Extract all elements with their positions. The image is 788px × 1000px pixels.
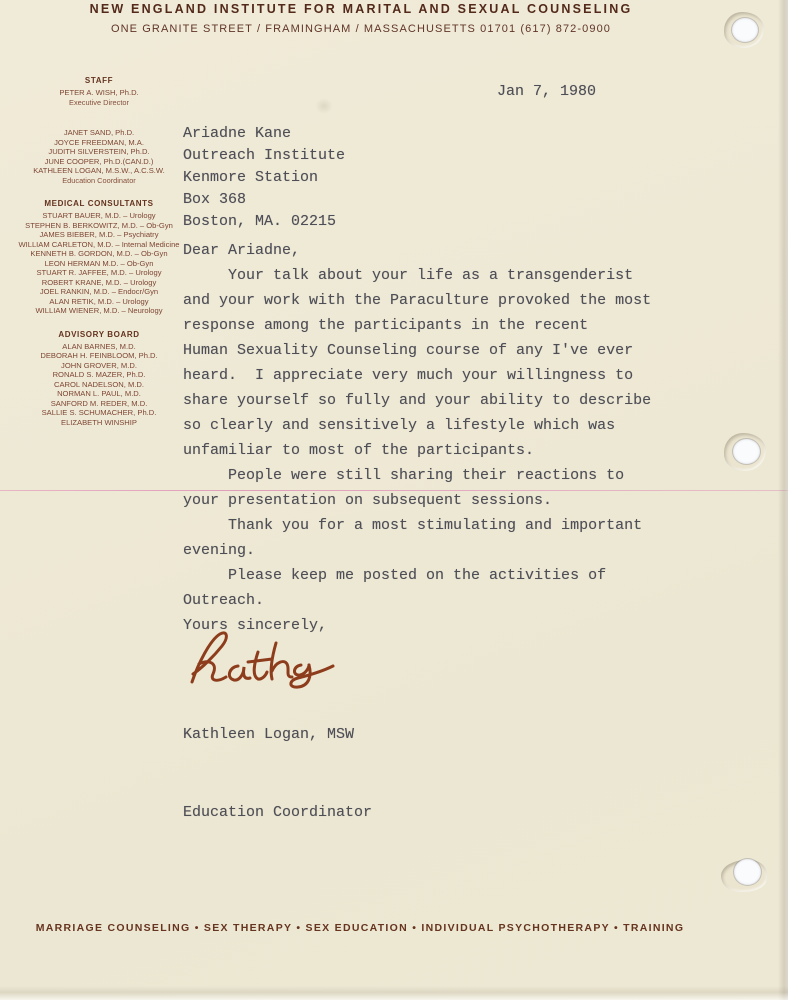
scanned-letter-page: NEW ENGLAND INSTITUTE FOR MARITAL AND SE… [0, 0, 788, 1000]
staff-director-role: Executive Director [8, 98, 190, 108]
page-bottom-edge-shadow [0, 986, 788, 1000]
medical-consultant: KENNETH B. GORDON, M.D. – Ob-Gyn [8, 249, 190, 259]
staff-section-title: STAFF [8, 76, 190, 85]
advisory-board-member: ELIZABETH WINSHIP [8, 418, 190, 428]
letter-body: Dear Ariadne, Your talk about your life … [183, 238, 651, 638]
advisory-board-title: ADVISORY BOARD [8, 330, 190, 339]
recipient-address-line: Box 368 [183, 189, 345, 211]
staff-director-name: PETER A. WISH, Ph.D. [8, 88, 190, 98]
letter-date: Jan 7, 1980 [497, 83, 596, 100]
letter-body-line: and your work with the Paraculture provo… [183, 288, 651, 313]
scan-smudge [315, 98, 333, 114]
recipient-address-line: Boston, MA. 02215 [183, 211, 345, 233]
organization-name: NEW ENGLAND INSTITUTE FOR MARITAL AND SE… [0, 2, 722, 16]
sidebar-staff-listings: STAFF PETER A. WISH, Ph.D. Executive Dir… [8, 76, 190, 427]
medical-consultant: WILLIAM WIENER, M.D. – Neurology [8, 306, 190, 316]
advisory-board-member: JOHN GROVER, M.D. [8, 361, 190, 371]
staff-member: JOYCE FREEDMAN, M.A. [8, 138, 190, 148]
letter-body-line: Please keep me posted on the activities … [183, 563, 651, 588]
staff-member: JUDITH SILVERSTEIN, Ph.D. [8, 147, 190, 157]
advisory-board-member: SALLIE S. SCHUMACHER, Ph.D. [8, 408, 190, 418]
medical-consultant-list: STUART BAUER, M.D. – UrologySTEPHEN B. B… [8, 211, 190, 316]
recipient-address-line: Ariadne Kane [183, 123, 345, 145]
staff-member: JANET SAND, Ph.D. [8, 128, 190, 138]
advisory-board-member: SANFORD M. REDER, M.D. [8, 399, 190, 409]
medical-consultants-title: MEDICAL CONSULTANTS [8, 199, 190, 208]
letter-body-line: heard. I appreciate very much your willi… [183, 363, 651, 388]
staff-member-list: JANET SAND, Ph.D.JOYCE FREEDMAN, M.A.JUD… [8, 128, 190, 176]
letter-body-line: your presentation on subsequent sessions… [183, 488, 651, 513]
letter-body-line: unfamiliar to most of the participants. [183, 438, 651, 463]
medical-consultant: ROBERT KRANE, M.D. – Urology [8, 278, 190, 288]
staff-member: KATHLEEN LOGAN, M.S.W., A.C.S.W. [8, 166, 190, 176]
medical-consultant: WILLIAM CARLETON, M.D. – Internal Medici… [8, 240, 190, 250]
signer-title: Education Coordinator [183, 800, 372, 826]
letterhead: NEW ENGLAND INSTITUTE FOR MARITAL AND SE… [0, 2, 722, 35]
recipient-address-block: Ariadne KaneOutreach InstituteKenmore St… [183, 123, 345, 233]
letter-body-line: evening. [183, 538, 651, 563]
advisory-board-member: ALAN BARNES, M.D. [8, 342, 190, 352]
advisory-board-member: CAROL NADELSON, M.D. [8, 380, 190, 390]
staff-member: JUNE COOPER, Ph.D.(CAN.D.) [8, 157, 190, 167]
letter-body-line: share yourself so fully and your ability… [183, 388, 651, 413]
medical-consultant: STUART R. JAFFEE, M.D. – Urology [8, 268, 190, 278]
medical-consultant: LEON HERMAN M.D. – Ob-Gyn [8, 259, 190, 269]
page-right-edge-shadow [778, 0, 788, 1000]
advisory-board-member: DEBORAH H. FEINBLOOM, Ph.D. [8, 351, 190, 361]
letter-body-line: People were still sharing their reaction… [183, 463, 651, 488]
medical-consultant: JAMES BIEBER, M.D. – Psychiatry [8, 230, 190, 240]
staff-coordinator-role: Education Coordinator [8, 176, 190, 186]
advisory-board-list: ALAN BARNES, M.D.DEBORAH H. FEINBLOOM, P… [8, 342, 190, 428]
letter-body-line: Dear Ariadne, [183, 238, 651, 263]
letter-body-line: Outreach. [183, 588, 651, 613]
recipient-address-line: Outreach Institute [183, 145, 345, 167]
letter-body-line: Your talk about your life as a transgend… [183, 263, 651, 288]
signature-block: Kathleen Logan, MSW Education Coordinato… [183, 670, 372, 878]
letter-body-line: so clearly and sensitively a lifestyle w… [183, 413, 651, 438]
letter-body-line: Thank you for a most stimulating and imp… [183, 513, 651, 538]
advisory-board-member: RONALD S. MAZER, Ph.D. [8, 370, 190, 380]
footer-services: MARRIAGE COUNSELING • SEX THERAPY • SEX … [0, 922, 720, 934]
medical-consultant: JOEL RANKIN, M.D. – Endocr/Gyn [8, 287, 190, 297]
medical-consultant: ALAN RETIK, M.D. – Urology [8, 297, 190, 307]
letter-body-line: response among the participants in the r… [183, 313, 651, 338]
advisory-board-member: NORMAN L. PAUL, M.D. [8, 389, 190, 399]
recipient-address-line: Kenmore Station [183, 167, 345, 189]
organization-address: ONE GRANITE STREET / FRAMINGHAM / MASSAC… [0, 23, 722, 35]
signer-name: Kathleen Logan, MSW [183, 722, 372, 748]
medical-consultant: STUART BAUER, M.D. – Urology [8, 211, 190, 221]
medical-consultant: STEPHEN B. BERKOWITZ, M.D. – Ob-Gyn [8, 221, 190, 231]
letter-body-line: Human Sexuality Counseling course of any… [183, 338, 651, 363]
